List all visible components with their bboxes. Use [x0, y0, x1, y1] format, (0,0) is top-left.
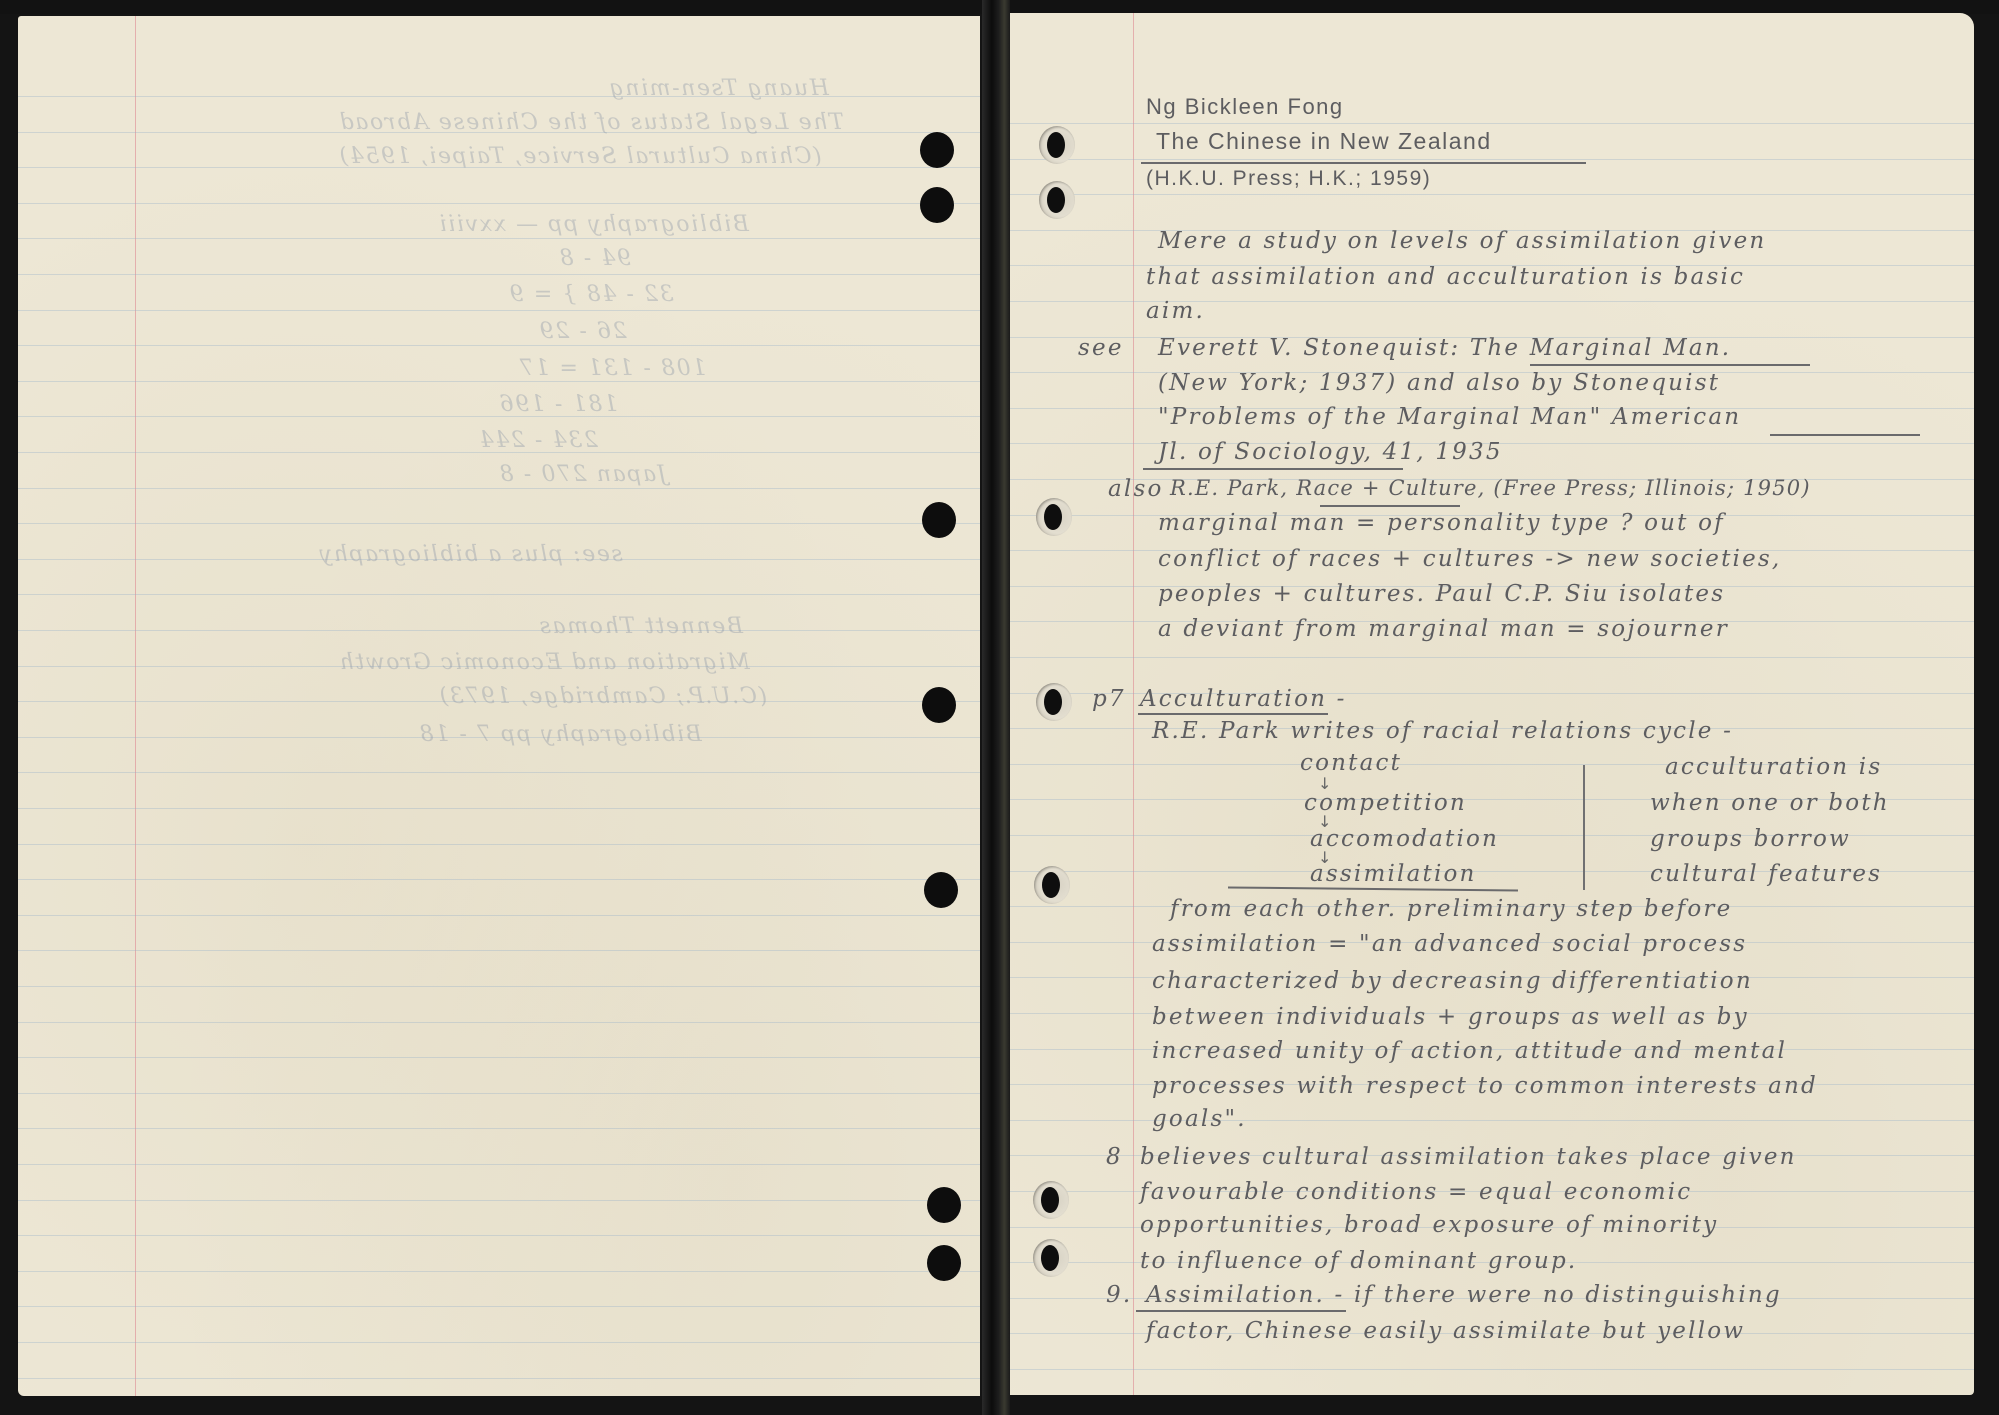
- note-line: Jl. of Sociology, 41, 1935: [1158, 441, 1503, 464]
- note-line: conflict of races + cultures -> new soci…: [1158, 548, 1781, 571]
- cycle-step: contact: [1300, 752, 1402, 775]
- ruled-line: [18, 986, 980, 987]
- ruled-line: [18, 1164, 980, 1165]
- ruled-line: [1008, 1369, 1974, 1370]
- side-note-line: cultural features: [1650, 863, 1882, 886]
- ruled-line: [18, 879, 980, 880]
- punch-hole-icon: [927, 1187, 961, 1223]
- heading-underline: [1136, 1310, 1346, 1312]
- note-line: characterized by decreasing differentiat…: [1152, 970, 1753, 993]
- section-heading: Acculturation -: [1140, 688, 1347, 711]
- left-page: Huang Tsen-ming The Legal Status of the …: [18, 16, 980, 1396]
- ruled-line: [18, 1200, 980, 1201]
- punch-hole-icon: [1036, 498, 1072, 536]
- note-line: a deviant from marginal man = sojourner: [1158, 618, 1729, 641]
- ruled-line: [18, 808, 980, 809]
- punch-hole-icon: [920, 132, 954, 168]
- note-line: increased unity of action, attitude and …: [1152, 1040, 1787, 1063]
- note-line: factor, Chinese easily assimilate but ye…: [1146, 1320, 1745, 1343]
- ruled-line: [18, 310, 980, 311]
- ruled-line: [18, 630, 980, 631]
- divider-line: [1583, 765, 1585, 890]
- showthrough-line: 26 - 29: [538, 321, 627, 343]
- note-line: Everett V. Stonequist: The Marginal Man.: [1158, 337, 1731, 360]
- note-line: peoples + cultures. Paul C.P. Siu isolat…: [1158, 583, 1725, 606]
- note-line: R.E. Park writes of racial relations cyc…: [1152, 720, 1733, 743]
- note-line: that assimilation and acculturation is b…: [1146, 266, 1745, 289]
- note-line: assimilation = "an advanced social proce…: [1152, 933, 1747, 956]
- ruled-line: [18, 1271, 980, 1272]
- margin-label-p8: 8: [1106, 1146, 1123, 1169]
- ruled-line: [18, 594, 980, 595]
- journal-underline: [1770, 434, 1920, 436]
- note-line: Mere a study on levels of assimilation g…: [1158, 230, 1766, 253]
- ruled-line: [1008, 159, 1974, 160]
- punch-hole-icon: [1039, 181, 1075, 219]
- ruled-line: [18, 844, 980, 845]
- showthrough-line: 181 - 196: [498, 394, 618, 416]
- note-line: "Problems of the Marginal Man" American: [1158, 406, 1741, 429]
- journal-underline: [1143, 468, 1403, 470]
- ruled-line: [18, 1022, 980, 1023]
- cycle-step: assimilation: [1310, 863, 1477, 886]
- note-line: favourable conditions = equal economic: [1140, 1181, 1692, 1204]
- ruled-line: [18, 1342, 980, 1343]
- showthrough-line: 94 - 8: [558, 248, 631, 270]
- ruled-line: [18, 381, 980, 382]
- note-line: R.E. Park, Race + Culture, (Free Press; …: [1170, 478, 1811, 499]
- note-line: between individuals + groups as well as …: [1152, 1006, 1749, 1029]
- ruled-line: [18, 915, 980, 916]
- note-line: marginal man = personality type ? out of: [1158, 512, 1725, 535]
- showthrough-line: The Legal Status of the Chinese Abroad: [338, 112, 844, 134]
- punch-hole-icon: [920, 187, 954, 223]
- note-line: Assimilation. - if there were no disting…: [1146, 1284, 1782, 1307]
- ruled-line: [18, 1378, 980, 1379]
- ruled-line: [18, 950, 980, 951]
- note-line: goals".: [1152, 1108, 1247, 1131]
- ruled-line: [18, 1093, 980, 1094]
- punch-hole-icon: [1033, 1239, 1069, 1277]
- showthrough-line: (China Cultural Service, Taipei, 1954): [338, 146, 822, 168]
- heading-underline: [1138, 713, 1328, 715]
- note-line: believes cultural assimilation takes pla…: [1140, 1146, 1797, 1169]
- ruled-line: [1008, 657, 1974, 658]
- note-line: processes with respect to common interes…: [1152, 1075, 1818, 1098]
- ruled-line: [18, 488, 980, 489]
- author-name: Ng Bickleen Fong: [1146, 96, 1344, 118]
- showthrough-line: 234 - 244: [478, 430, 598, 452]
- margin-line: [1133, 13, 1134, 1395]
- punch-hole-icon: [1033, 1181, 1069, 1219]
- showthrough-line: Bibliography pp — xxviii: [438, 214, 749, 236]
- publication-info: (H.K.U. Press; H.K.; 1959): [1146, 168, 1431, 189]
- note-line: from each other. preliminary step before: [1170, 898, 1732, 921]
- ruled-line: [18, 345, 980, 346]
- punch-hole-icon: [922, 687, 956, 723]
- showthrough-line: see: plus a bibliography: [318, 544, 623, 566]
- showthrough-line: Bennett Thomas: [538, 616, 743, 638]
- punch-hole-icon: [927, 1245, 961, 1281]
- note-line: to influence of dominant group.: [1140, 1250, 1577, 1273]
- note-line: aim.: [1146, 300, 1205, 323]
- cycle-step: accomodation: [1310, 828, 1499, 851]
- ruled-line: [18, 1306, 980, 1307]
- punch-hole-icon: [1034, 866, 1070, 904]
- showthrough-line: 32 - 48 } = 9: [508, 284, 674, 306]
- showthrough-line: (C.U.P.; Cambridge, 1973): [438, 686, 767, 708]
- title-underline: [1141, 162, 1586, 164]
- ruled-line: [1008, 123, 1974, 124]
- showthrough-line: Japan 270 - 8: [498, 464, 667, 486]
- ruled-line: [18, 523, 980, 524]
- ruled-line: [18, 772, 980, 773]
- showthrough-line: Bibliography pp 7 - 18: [418, 724, 702, 746]
- book-title: The Chinese in New Zealand: [1156, 130, 1492, 153]
- margin-label-p9: 9.: [1106, 1284, 1132, 1307]
- showthrough-line: 108 - 131 = 17: [518, 358, 706, 380]
- side-note-line: acculturation is: [1665, 756, 1882, 779]
- side-note-line: when one or both: [1650, 792, 1890, 815]
- margin-label-p7: p7: [1092, 688, 1126, 711]
- binder-spine: [982, 0, 1010, 1415]
- note-line: opportunities, broad exposure of minorit…: [1140, 1214, 1718, 1237]
- ruled-line: [1008, 194, 1974, 195]
- showthrough-line: Migration and Economic Growth: [338, 652, 750, 674]
- punch-hole-icon: [1039, 126, 1075, 164]
- margin-label-also: also: [1108, 478, 1164, 501]
- punch-hole-icon: [922, 502, 956, 538]
- book-underline: [1530, 364, 1810, 366]
- book-underline: [1320, 505, 1460, 507]
- ruled-line: [18, 1128, 980, 1129]
- margin-label-see: see: [1078, 337, 1124, 360]
- side-note-line: groups borrow: [1650, 828, 1851, 851]
- ruled-line: [18, 1235, 980, 1236]
- ruled-line: [18, 1057, 980, 1058]
- ruled-line: [18, 238, 980, 239]
- showthrough-line: Huang Tsen-ming: [608, 78, 829, 100]
- ruled-line: [18, 203, 980, 204]
- margin-line: [135, 16, 136, 1396]
- punch-hole-icon: [1036, 683, 1072, 721]
- ruled-line: [18, 274, 980, 275]
- note-line: (New York; 1937) and also by Stonequist: [1158, 372, 1720, 395]
- ruled-line: [18, 96, 980, 97]
- punch-hole-icon: [924, 872, 958, 908]
